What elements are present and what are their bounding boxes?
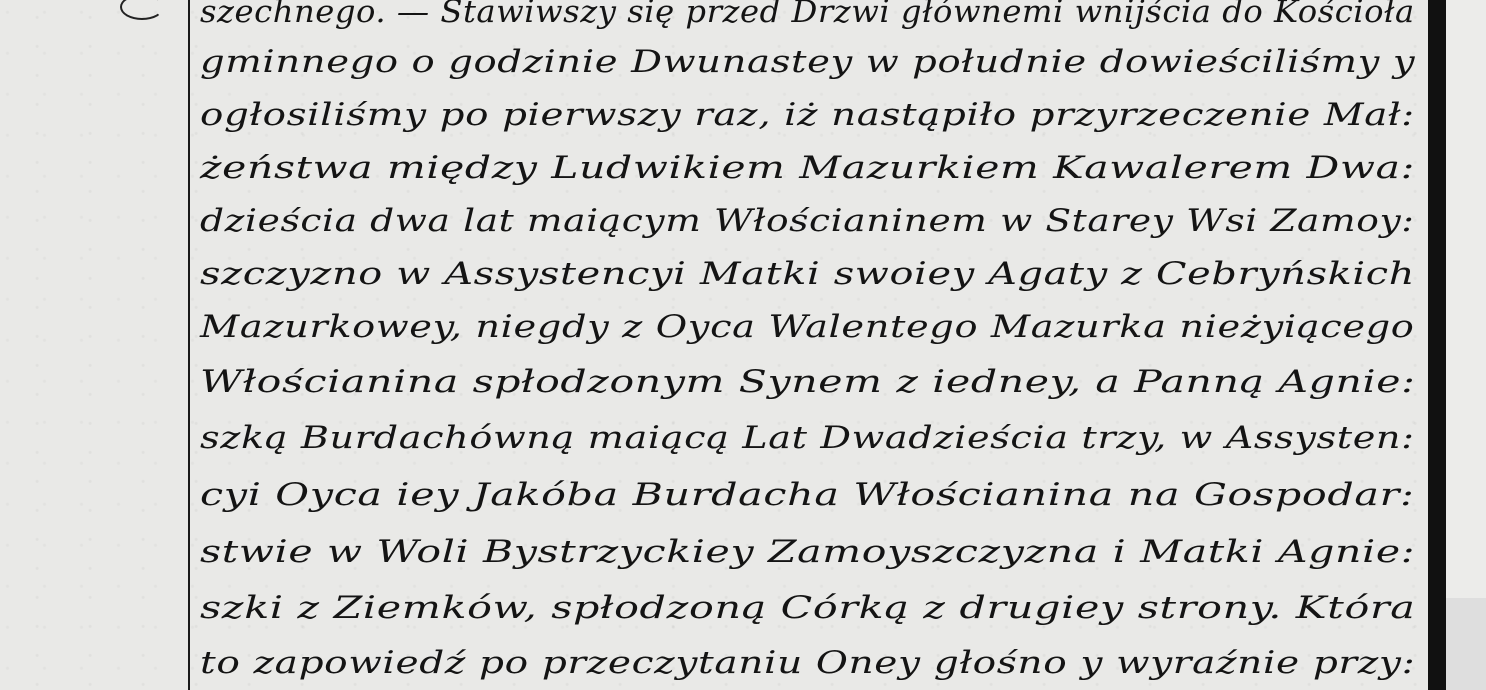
page-edge — [1440, 0, 1486, 690]
binding-border — [1428, 0, 1446, 690]
text-line: żeństwa między Ludwikiem Mazurkiem Kawal… — [200, 150, 1415, 186]
text-line: szechnego. — Stawiwszy się przed Drzwi g… — [200, 0, 1415, 30]
text-line: Mazurkowey, niegdy z Oyca Walentego Mazu… — [200, 309, 1414, 345]
text-line: cyi Oyca iey Jakóba Burdacha Włościanina… — [200, 477, 1415, 513]
text-line: szczyzno w Assystencyi Matki swoiey Agat… — [200, 256, 1415, 292]
left-margin-rule — [188, 0, 190, 690]
text-line: dzieścia dwa lat maiącym Włościaninem w … — [200, 203, 1415, 239]
text-line: Włościanina spłodzonym Synem z iedney, a… — [200, 364, 1416, 400]
text-line: gminnego o godzinie Dwunastey w południe… — [200, 44, 1415, 80]
text-line: szką Burdachówną maiącą Lat Dwadzieścia … — [200, 420, 1415, 456]
text-line: ogłosiliśmy po pierwszy raz, iż nastąpił… — [200, 97, 1415, 133]
page-edge-shadow — [1440, 598, 1486, 690]
text-line: szki z Ziemków, spłodzoną Córką z drugie… — [200, 590, 1416, 626]
text-line: stwie w Woli Bystrzyckiey Zamoyszczyzna … — [200, 534, 1415, 570]
text-line: to zapowiedź po przeczytaniu Oney głośno… — [200, 645, 1415, 681]
